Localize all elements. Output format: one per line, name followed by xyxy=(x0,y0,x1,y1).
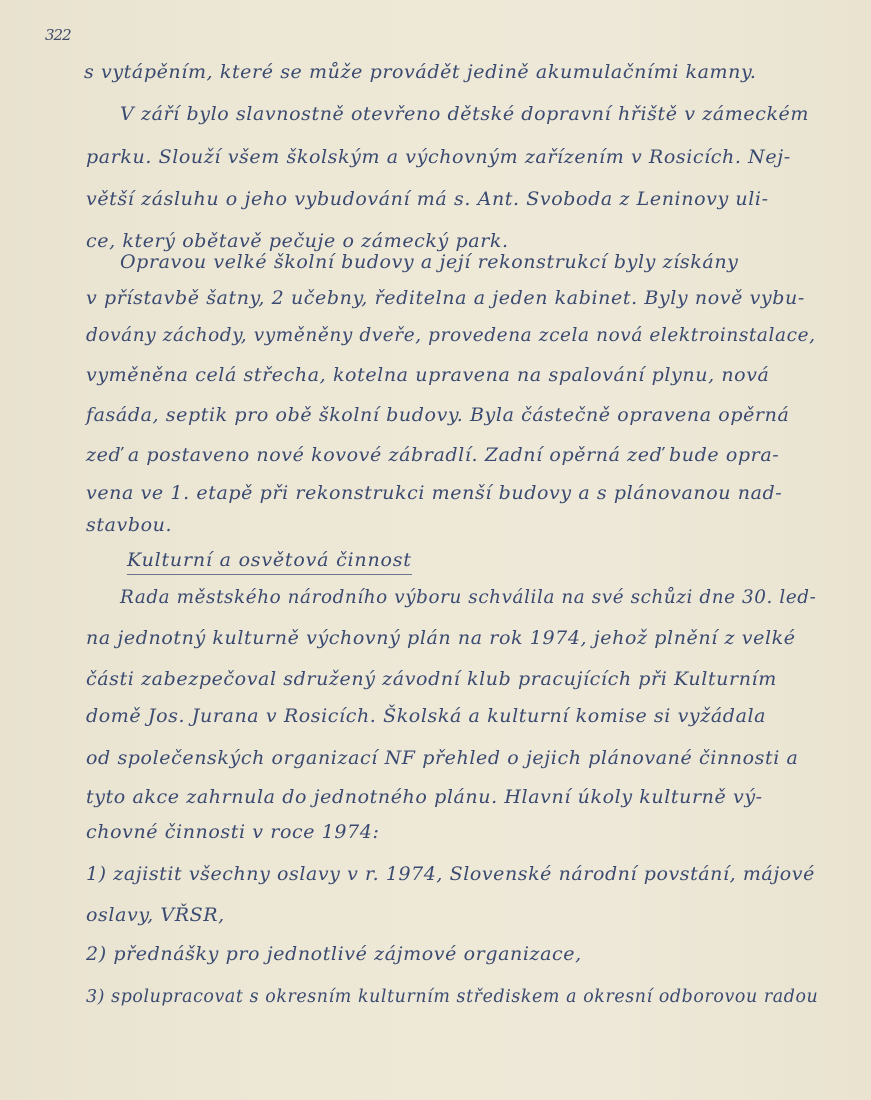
text-line: parku. Slouží všem školským a výchovným … xyxy=(86,145,791,169)
text-line: fasáda, septik pro obě školní budovy. By… xyxy=(86,403,789,427)
text-line: části zabezpečoval sdružený závodní klub… xyxy=(86,667,777,691)
text-line: vyměněna celá střecha, kotelna upravena … xyxy=(86,363,769,387)
text-line: s vytápěním, které se může provádět jedi… xyxy=(84,60,756,84)
section-heading: Kulturní a osvětová činnost xyxy=(127,548,412,575)
text-line: stavbou. xyxy=(86,513,172,537)
page-number: 322 xyxy=(45,26,71,44)
text-line: V září bylo slavnostně otevřeno dětské d… xyxy=(120,102,809,126)
text-line: Rada městského národního výboru schválil… xyxy=(120,586,816,610)
text-line: vena ve 1. etapě při rekonstrukci menší … xyxy=(86,481,782,505)
text-line: zeď a postaveno nové kovové zábradlí. Za… xyxy=(86,443,779,467)
text-line: v přístavbě šatny, 2 učebny, ředitelna a… xyxy=(86,286,805,310)
list-item: 3) spolupracovat s okresním kulturním st… xyxy=(86,985,818,1009)
text-line: od společenských organizací NF přehled o… xyxy=(86,746,798,770)
text-line: Opravou velké školní budovy a její rekon… xyxy=(120,250,739,274)
text-line: chovné činnosti v roce 1974: xyxy=(86,820,379,844)
list-item: oslavy, VŘSR, xyxy=(86,903,225,927)
list-item: 2) přednášky pro jednotlivé zájmové orga… xyxy=(86,942,582,966)
text-line: na jednotný kulturně výchovný plán na ro… xyxy=(86,626,796,650)
text-line: větší zásluhu o jeho vybudování má s. An… xyxy=(86,187,769,211)
list-item: 1) zajistit všechny oslavy v r. 1974, Sl… xyxy=(86,862,815,886)
text-line: tyto akce zahrnula do jednotného plánu. … xyxy=(86,785,763,809)
text-line: domě Jos. Jurana v Rosicích. Školská a k… xyxy=(86,704,766,728)
handwritten-chronicle-page: 322 s vytápěním, které se může provádět … xyxy=(0,0,871,1100)
text-line: dovány záchody, vyměněny dveře, proveden… xyxy=(86,324,816,348)
